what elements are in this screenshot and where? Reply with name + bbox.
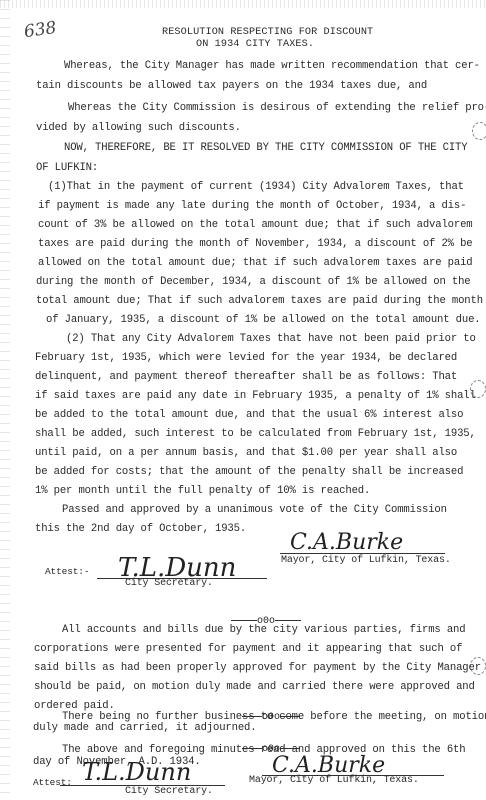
scan-noise-top [0,0,486,8]
mayor-caption: Mayor, City of Lufkin, Texas. [281,555,451,567]
resolved-line-1: NOW, THEREFORE, BE IT RESOLVED BY THE CI… [64,142,467,154]
margin-page-number: 638 [23,18,58,42]
item-2-line-4: if said taxes are paid any date in Febru… [35,390,476,402]
mayor-signature-line [280,553,445,554]
punch-hole-mark [472,122,486,140]
scan-noise-left [0,0,10,800]
item-1-line-6: during the month of December, 1934, a di… [36,276,471,288]
accounts-line-1: All accounts and bills due by the city v… [62,624,465,636]
item-1-line-4: taxes are paid during the month of Novem… [38,238,473,250]
item-1-line-8: of January, 1935, a discount of 1% be al… [46,314,481,326]
document-page: 638 RESOLUTION RESPECTING FOR DISCOUNT O… [0,0,486,800]
item-2-line-2: February 1st, 1935, which were levied fo… [35,352,457,364]
item-2-line-8: be added for costs; that the amount of t… [35,466,463,478]
attest-label: Attest:- [45,566,89,578]
accounts-line-4: should be paid, on motion duly made and … [34,681,475,693]
item-2-line-1: (2) That any City Advalorem Taxes that h… [66,333,476,345]
whereas-2-line-1: Whereas the City Commission is desirous … [68,102,486,114]
item-1-line-1: (1)That in the payment of current (1934)… [48,181,464,193]
accounts-line-3: said bills as had been properly approved… [34,662,481,674]
passed-line-1: Passed and approved by a unanimous vote … [62,504,447,516]
item-1-line-2: if payment is made any late during the m… [38,200,466,212]
resolved-line-2: OF LUFKIN: [36,162,98,174]
mayor-signature: C.A.Burke [290,530,403,555]
item-2-line-6: shall be added, such interest to be calc… [35,428,476,440]
secretary-signature-2: T.L.Dunn [82,758,191,786]
minutes-line-1: The above and foregoing minutes read and… [62,744,465,756]
item-1-line-5: allowed on the total amount due; that if… [38,257,473,269]
item-2-line-3: delinquent, and payment thereof thereaft… [35,371,457,383]
mayor-caption-2: Mayor, City of Lufkin, Texas. [249,775,419,787]
accounts-line-2: corporations were presented for payment … [34,643,462,655]
resolution-title-line-2: ON 1934 CITY TAXES. [196,39,314,51]
resolution-title-line-1: RESOLUTION RESPECTING FOR DISCOUNT [162,27,373,39]
whereas-2-line-2: vided by allowing such discounts. [36,122,241,134]
item-2-line-9: 1% per month until the full penalty of 1… [35,485,370,497]
item-2-line-7: until paid, on a per annum basis, and th… [35,447,457,459]
attest-label-2: Attest: [33,777,72,789]
secretary-caption: City Secretary. [125,578,213,590]
whereas-1-line-2: tain discounts be allowed tax payers on … [36,80,427,92]
secretary-caption-2: City Secretary. [125,786,213,798]
item-1-line-3: count of 3% be allowed on the total amou… [38,219,473,231]
passed-line-2: this the 2nd day of October, 1935. [35,523,246,535]
item-2-line-5: be added to the total amount due, and th… [35,409,463,421]
whereas-1-line-1: Whereas, the City Manager has made writt… [64,60,480,72]
item-1-line-7: total amount due; That if such advalorem… [36,295,483,307]
